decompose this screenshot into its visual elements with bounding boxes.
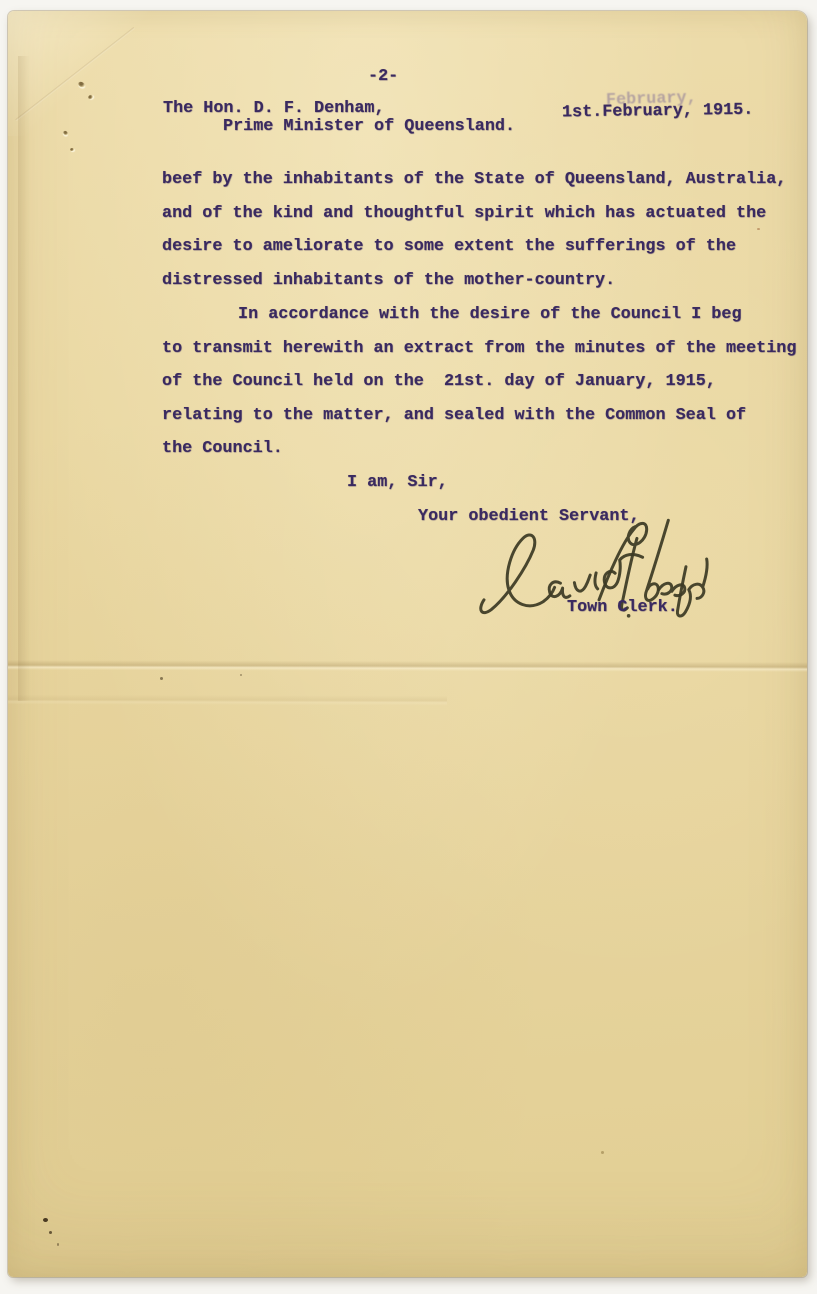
ink-speck xyxy=(57,1243,59,1246)
page-number: -2- xyxy=(368,67,398,87)
ink-speck xyxy=(49,1231,52,1234)
paragraph-1: beef by the inhabitants of the State of … xyxy=(162,170,786,304)
addressee-name: The Hon. D. F. Denham, xyxy=(163,99,385,119)
text-line: distressed inhabitants of the mother-cou… xyxy=(162,271,786,305)
closing-line: I am, Sir, xyxy=(347,473,448,493)
addressee-title: Prime Minister of Queensland. xyxy=(223,117,515,137)
text-line: desire to ameliorate to some extent the … xyxy=(162,237,786,271)
paragraph-2: In accordance with the desire of the Cou… xyxy=(162,305,796,473)
ink-speck xyxy=(601,1151,604,1154)
text-line: In accordance with the desire of the Cou… xyxy=(162,305,796,339)
text-line: the Council. xyxy=(162,439,796,473)
signature-title: Town Clerk. xyxy=(567,598,678,618)
text-line: of the Council held on the 21st. day of … xyxy=(162,372,796,406)
date-line: 1st.February, 1915. xyxy=(562,101,754,124)
text-line: and of the kind and thoughtful spirit wh… xyxy=(162,204,786,238)
left-edge-crease xyxy=(18,56,30,701)
scanned-letter: -2- The Hon. D. F. Denham, Prime Ministe… xyxy=(0,0,817,1294)
ink-speck xyxy=(43,1218,48,1222)
ink-speck xyxy=(240,674,242,676)
text-line: beef by the inhabitants of the State of … xyxy=(162,170,786,204)
fold-crease-secondary xyxy=(8,694,447,705)
fold-crease xyxy=(8,660,807,672)
pin-hole xyxy=(70,148,74,151)
text-line: to transmit herewith an extract from the… xyxy=(162,339,796,373)
ink-speck xyxy=(160,677,163,680)
letter-page: -2- The Hon. D. F. Denham, Prime Ministe… xyxy=(8,11,807,1277)
text-line: relating to the matter, and sealed with … xyxy=(162,406,796,440)
